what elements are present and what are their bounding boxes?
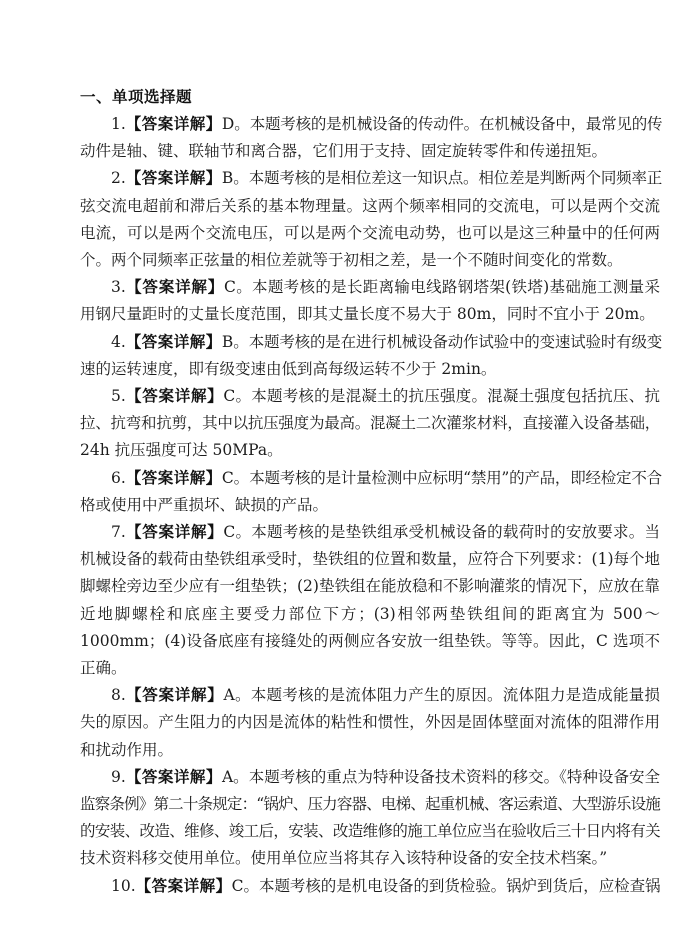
answer-first-line: 2.【答案详解】B。本题考核的是相位差这一知识点。相位差是判断两个同频率正 — [80, 165, 660, 192]
answer-line: 用钢尺量距时的丈量长度范围，即其丈量长度不易大于 80m，同时不宜小于 20m。 — [80, 301, 660, 328]
answer-item: 4.【答案详解】B。本题考核的是在进行机械设备动作试验中的变速试验时有级变速的运… — [80, 329, 660, 383]
answer-choice: C。 — [223, 387, 251, 405]
answer-first-line: 8.【答案详解】A。本题考核的是流体阻力产生的原因。流体阻力是造成能量损 — [80, 682, 660, 709]
question-number: 1. — [111, 115, 126, 133]
question-number: 3. — [111, 278, 126, 296]
answer-first-line: 10.【答案详解】C。本题考核的是机电设备的到货检验。锅炉到货后，应检查锅 — [80, 873, 660, 900]
answer-tag: 【答案详解】 — [126, 768, 222, 786]
answer-text: 本题考核的重点为特种设备技术资料的移交。《特种设备安全 — [249, 768, 660, 786]
answer-line: 正确。 — [80, 655, 660, 682]
question-number: 10. — [111, 877, 136, 895]
question-number: 6. — [111, 469, 126, 487]
answer-item: 8.【答案详解】A。本题考核的是流体阻力产生的原因。流体阻力是造成能量损失的原因… — [80, 682, 660, 764]
section-title: 一、单项选择题 — [80, 84, 660, 111]
answer-tag: 【答案详解】 — [126, 387, 224, 405]
question-number: 8. — [111, 686, 126, 704]
answer-list: 1.【答案详解】D。本题考核的是机械设备的传动件。在机械设备中，最常见的传动件是… — [80, 111, 660, 900]
answer-line: 动件是轴、键、联轴节和离合器，它们用于支持、固定旋转零件和传递扭矩。 — [80, 138, 660, 165]
answer-line: 1000mm；(4)设备底座有接缝处的两侧应各安放一组垫铁。等等。因此，C 选项… — [80, 628, 660, 655]
answer-choice: B。 — [222, 169, 249, 187]
answer-item: 5.【答案详解】C。本题考核的是混凝土的抗压强度。混凝土强度包括抗压、抗拉、抗弯… — [80, 383, 660, 465]
answer-text: 本题考核的是机电设备的到货检验。锅炉到货后，应检查锅 — [259, 877, 660, 895]
answer-first-line: 1.【答案详解】D。本题考核的是机械设备的传动件。在机械设备中，最常见的传 — [80, 111, 660, 138]
answer-item: 1.【答案详解】D。本题考核的是机械设备的传动件。在机械设备中，最常见的传动件是… — [80, 111, 660, 165]
answer-text: 本题考核的是计量检测中应标明“禁用”的产品，即经检定不合 — [249, 469, 662, 487]
answer-line: 格或使用中严重损坏、缺损的产品。 — [80, 492, 660, 519]
question-number: 7. — [111, 523, 126, 541]
document-page: 一、单项选择题 1.【答案详解】D。本题考核的是机械设备的传动件。在机械设备中，… — [80, 84, 660, 900]
answer-line: 机械设备的载荷由垫铁组承受时，垫铁组的位置和数量，应符合下列要求：(1)每个地 — [80, 546, 660, 573]
answer-line: 的安装、改造、维修、竣工后，安装、改造维修的施工单位应当在验收后三十日内将有关 — [80, 818, 660, 845]
answer-text: 本题考核的是流体阻力产生的原因。流体阻力是造成能量损 — [251, 686, 660, 704]
answer-choice: C。 — [224, 278, 252, 296]
answer-first-line: 9.【答案详解】A。本题考核的重点为特种设备技术资料的移交。《特种设备安全 — [80, 764, 660, 791]
answer-choice: A。 — [224, 686, 251, 704]
answer-tag: 【答案详解】 — [126, 169, 222, 187]
answer-text: 本题考核的是在进行机械设备动作试验中的变速试验时有级变 — [249, 333, 662, 351]
answer-choice: D。 — [222, 115, 250, 133]
answer-tag: 【答案详解】 — [126, 469, 222, 487]
answer-line: 拉、抗弯和抗剪，其中以抗压强度为最高。混凝土二次灌浆材料，直接灌入设备基础， — [80, 410, 660, 437]
answer-line: 近地脚螺栓和底座主要受力部位下方；(3)相邻两垫铁组间的距离宜为 500～ — [80, 601, 660, 628]
answer-text: 本题考核的是混凝土的抗压强度。混凝土强度包括抗压、抗 — [251, 387, 660, 405]
answer-first-line: 4.【答案详解】B。本题考核的是在进行机械设备动作试验中的变速试验时有级变 — [80, 329, 660, 356]
answer-tag: 【答案详解】 — [126, 278, 224, 296]
answer-line: 技术资料移交使用单位。使用单位应当将其存入该特种设备的安全技术档案。” — [80, 845, 660, 872]
answer-item: 7.【答案详解】C。本题考核的是垫铁组承受机械设备的载荷时的安放要求。当机械设备… — [80, 519, 660, 682]
answer-line: 电流，可以是两个交流电压，可以是两个交流电动势，也可以是这三种量中的任何两 — [80, 220, 660, 247]
answer-choice: C。 — [222, 469, 249, 487]
answer-text: 本题考核的是相位差这一知识点。相位差是判断两个同频率正 — [249, 169, 662, 187]
answer-choice: C。 — [223, 523, 251, 541]
answer-first-line: 5.【答案详解】C。本题考核的是混凝土的抗压强度。混凝土强度包括抗压、抗 — [80, 383, 660, 410]
answer-choice: B。 — [222, 333, 249, 351]
answer-text: 本题考核的是长距离输电线路钢塔架(铁塔)基础施工测量采 — [252, 278, 660, 296]
question-number: 4. — [111, 333, 126, 351]
answer-item: 10.【答案详解】C。本题考核的是机电设备的到货检验。锅炉到货后，应检查锅 — [80, 873, 660, 900]
answer-item: 3.【答案详解】C。本题考核的是长距离输电线路钢塔架(铁塔)基础施工测量采用钢尺… — [80, 274, 660, 328]
answer-tag: 【答案详解】 — [126, 333, 222, 351]
answer-item: 2.【答案详解】B。本题考核的是相位差这一知识点。相位差是判断两个同频率正弦交流… — [80, 165, 660, 274]
answer-tag: 【答案详解】 — [136, 877, 232, 895]
question-number: 9. — [111, 768, 126, 786]
answer-tag: 【答案详解】 — [126, 115, 222, 133]
answer-line: 和扰动作用。 — [80, 737, 660, 764]
answer-line: 个。两个同频率正弦量的相位差就等于初相之差，是一个不随时间变化的常数。 — [80, 247, 660, 274]
answer-line: 脚螺栓旁边至少应有一组垫铁；(2)垫铁组在能放稳和不影响灌浆的情况下，应放在靠 — [80, 573, 660, 600]
answer-item: 9.【答案详解】A。本题考核的重点为特种设备技术资料的移交。《特种设备安全监察条… — [80, 764, 660, 873]
answer-line: 监察条例》第二十条规定：“锅炉、压力容器、电梯、起重机械、客运索道、大型游乐设施 — [80, 791, 660, 818]
answer-item: 6.【答案详解】C。本题考核的是计量检测中应标明“禁用”的产品，即经检定不合格或… — [80, 465, 660, 519]
answer-line: 弦交流电超前和滞后关系的基本物理量。这两个频率相同的交流电，可以是两个交流 — [80, 193, 660, 220]
answer-first-line: 7.【答案详解】C。本题考核的是垫铁组承受机械设备的载荷时的安放要求。当 — [80, 519, 660, 546]
answer-line: 速的运转速度，即有级变速由低到高每级运转不少于 2min。 — [80, 356, 660, 383]
answer-text: 本题考核的是垫铁组承受机械设备的载荷时的安放要求。当 — [251, 523, 660, 541]
answer-tag: 【答案详解】 — [126, 686, 224, 704]
question-number: 2. — [111, 169, 126, 187]
question-number: 5. — [111, 387, 126, 405]
answer-first-line: 3.【答案详解】C。本题考核的是长距离输电线路钢塔架(铁塔)基础施工测量采 — [80, 274, 660, 301]
answer-choice: C。 — [232, 877, 259, 895]
answer-tag: 【答案详解】 — [126, 523, 224, 541]
answer-first-line: 6.【答案详解】C。本题考核的是计量检测中应标明“禁用”的产品，即经检定不合 — [80, 465, 660, 492]
answer-line: 失的原因。产生阻力的内因是流体的粘性和惯性，外因是固体壁面对流体的阻滞作用 — [80, 709, 660, 736]
answer-text: 本题考核的是机械设备的传动件。在机械设备中，最常见的传 — [250, 115, 663, 133]
answer-choice: A。 — [222, 768, 249, 786]
answer-line: 24h 抗压强度可达 50MPa。 — [80, 437, 660, 464]
